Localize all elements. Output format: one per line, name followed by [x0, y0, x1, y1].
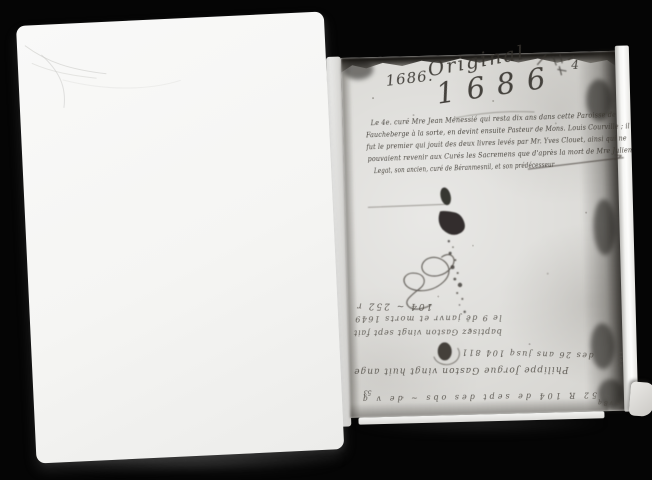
- trailing-arrow-flourish: [528, 155, 624, 170]
- blank-left-page: [16, 11, 344, 463]
- paper-creases: [16, 11, 344, 463]
- top-ink-scratches: [537, 54, 575, 76]
- ink-marks-overlay: [341, 50, 637, 417]
- crease-line: [25, 42, 106, 78]
- pen-underline: [454, 111, 534, 118]
- crease-line: [63, 74, 181, 91]
- ink-blot: [438, 186, 465, 235]
- manuscript-right-page: 1686. Original 1686 4 Le 4e. curé Mre Je…: [341, 50, 637, 417]
- ruled-pen-line: [368, 204, 446, 207]
- flourish-doodle: [403, 254, 455, 309]
- pen-dash: [599, 112, 615, 114]
- small-ink-blot: [433, 342, 459, 365]
- archival-scan-frame: 1686. Original 1686 4 Le 4e. curé Mre Je…: [0, 0, 652, 480]
- ink-speckle-trail: [448, 240, 472, 332]
